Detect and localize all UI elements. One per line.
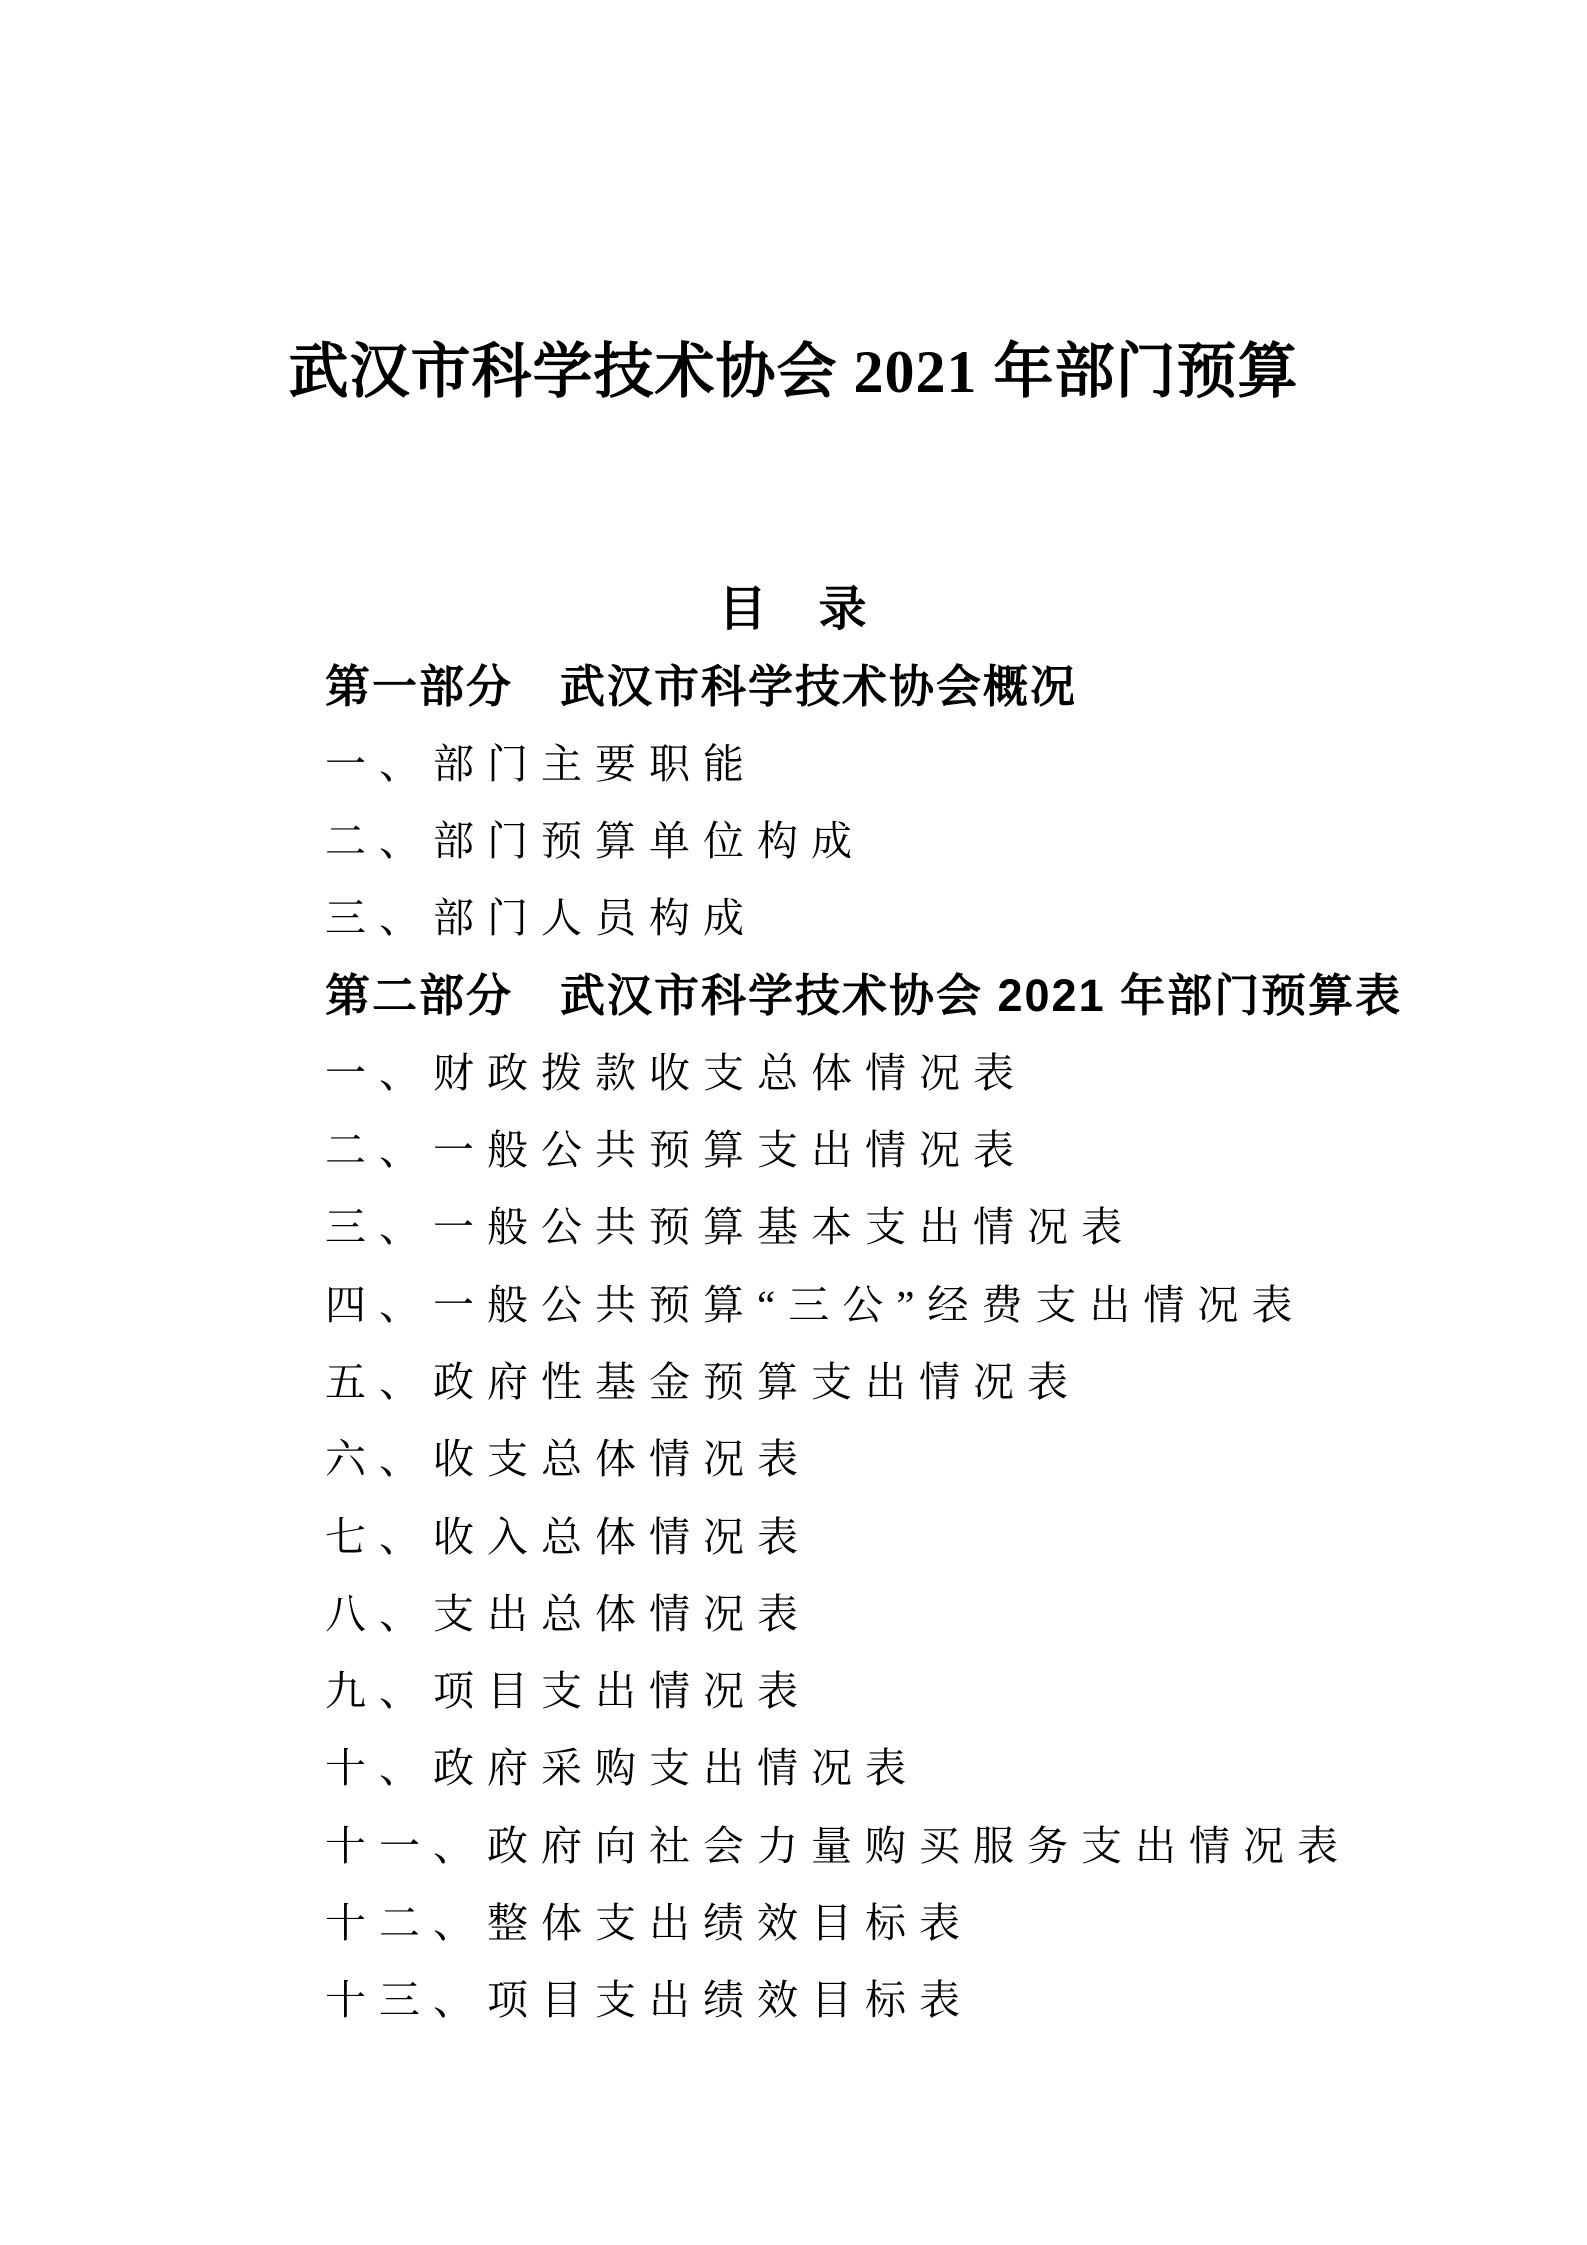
toc-item: 六、收支总体情况表	[0, 1421, 1587, 1498]
toc-part-heading: 第一部分 武汉市科学技术协会概况	[0, 648, 1587, 725]
toc-item: 三、部门人员构成	[0, 880, 1587, 957]
toc-item: 十三、项目支出绩效目标表	[0, 1962, 1587, 2039]
toc-item: 十一、政府向社会力量购买服务支出情况表	[0, 1808, 1587, 1885]
toc-item: 十、政府采购支出情况表	[0, 1730, 1587, 1807]
toc-item: 五、政府性基金预算支出情况表	[0, 1344, 1587, 1421]
toc-item: 十二、整体支出绩效目标表	[0, 1885, 1587, 1962]
document-page: 武汉市科学技术协会 2021 年部门预算 目 录 第一部分 武汉市科学技术协会概…	[0, 0, 1587, 2245]
toc-item: 九、项目支出情况表	[0, 1653, 1587, 1730]
toc-item: 八、支出总体情况表	[0, 1576, 1587, 1653]
toc-item: 三、一般公共预算基本支出情况表	[0, 1189, 1587, 1266]
table-of-contents: 目 录 第一部分 武汉市科学技术协会概况一、部门主要职能二、部门预算单位构成三、…	[0, 571, 1587, 2040]
toc-item: 七、收入总体情况表	[0, 1499, 1587, 1576]
toc-item: 一、财政拨款收支总体情况表	[0, 1035, 1587, 1112]
toc-item: 一、部门主要职能	[0, 726, 1587, 803]
document-title: 武汉市科学技术协会 2021 年部门预算	[0, 336, 1587, 408]
toc-part-heading: 第二部分 武汉市科学技术协会 2021 年部门预算表	[0, 957, 1587, 1034]
toc-item: 四、一般公共预算“三公”经费支出情况表	[0, 1267, 1587, 1344]
toc-item: 二、部门预算单位构成	[0, 803, 1587, 880]
toc-item: 二、一般公共预算支出情况表	[0, 1112, 1587, 1189]
toc-heading: 目 录	[0, 571, 1587, 648]
